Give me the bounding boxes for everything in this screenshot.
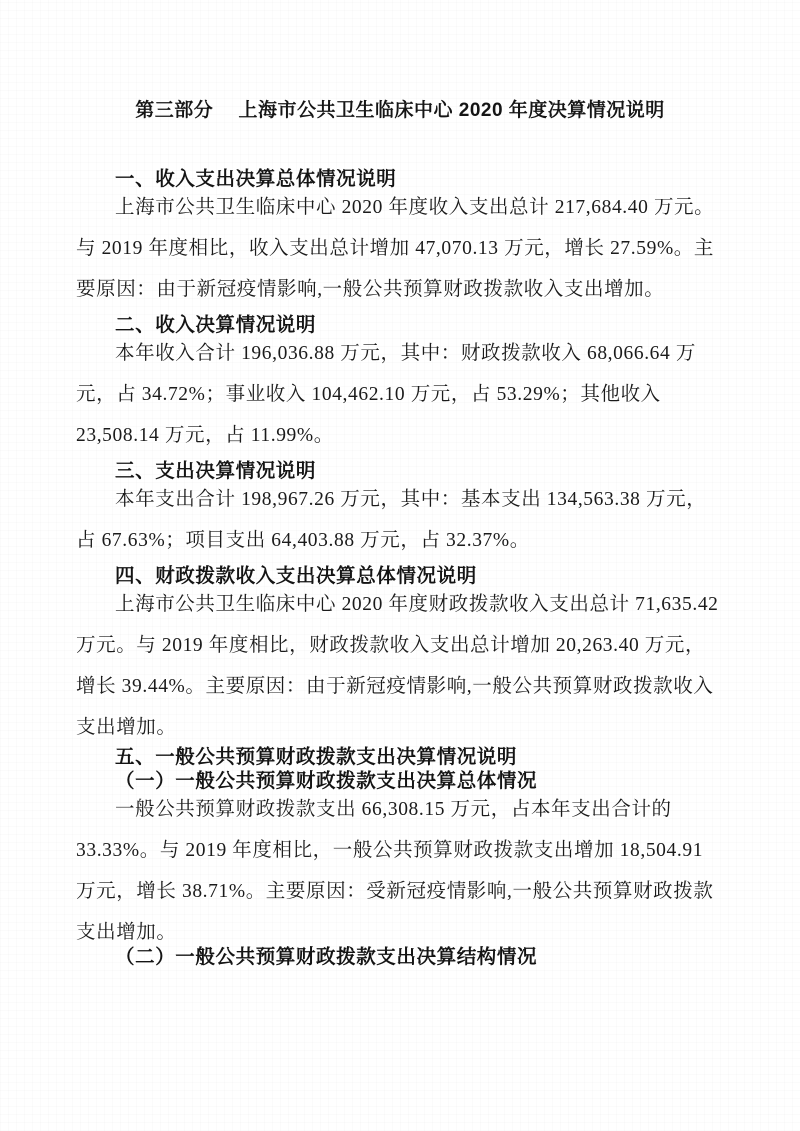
- paragraph-line: 上海市公共卫生临床中心 2020 年度收入支出总计 217,684.40 万元。: [76, 187, 724, 228]
- subsection-heading-5-2: （二）一般公共预算财政拨款支出决算结构情况: [76, 944, 724, 972]
- paragraph-line: 33.33%。与 2019 年度相比，一般公共预算财政拨款支出增加 18,504…: [76, 830, 724, 871]
- paragraph-line: 万元。与 2019 年度相比，财政拨款收入支出总计增加 20,263.40 万元…: [76, 625, 724, 666]
- document-page: 第三部分 上海市公共卫生临床中心 2020 年度决算情况说明 一、收入支出决算总…: [0, 0, 800, 1131]
- section-5-1-paragraph: 一般公共预算财政拨款支出 66,308.15 万元，占本年支出合计的 33.33…: [76, 789, 724, 953]
- paragraph-line: 万元，增长 38.71%。主要原因：受新冠疫情影响,一般公共预算财政拨款: [76, 871, 724, 912]
- document-title: 第三部分 上海市公共卫生临床中心 2020 年度决算情况说明: [76, 0, 724, 124]
- document-content: 第三部分 上海市公共卫生临床中心 2020 年度决算情况说明 一、收入支出决算总…: [0, 0, 800, 972]
- section-1-paragraph: 上海市公共卫生临床中心 2020 年度收入支出总计 217,684.40 万元。…: [76, 187, 724, 310]
- section-2-paragraph: 本年收入合计 196,036.88 万元，其中：财政拨款收入 68,066.64…: [76, 333, 724, 456]
- paragraph-line: 本年收入合计 196,036.88 万元，其中：财政拨款收入 68,066.64…: [76, 333, 724, 374]
- section-4-paragraph: 上海市公共卫生临床中心 2020 年度财政拨款收入支出总计 71,635.42 …: [76, 584, 724, 748]
- paragraph-line: 23,508.14 万元，占 11.99%。: [76, 415, 724, 456]
- paragraph-line: 一般公共预算财政拨款支出 66,308.15 万元，占本年支出合计的: [76, 789, 724, 830]
- paragraph-line: 本年支出合计 198,967.26 万元，其中：基本支出 134,563.38 …: [76, 479, 724, 520]
- paragraph-line: 要原因：由于新冠疫情影响,一般公共预算财政拨款收入支出增加。: [76, 269, 724, 310]
- paragraph-line: 支出增加。: [76, 707, 724, 748]
- section-3-paragraph: 本年支出合计 198,967.26 万元，其中：基本支出 134,563.38 …: [76, 479, 724, 561]
- paragraph-line: 元，占 34.72%；事业收入 104,462.10 万元，占 53.29%；其…: [76, 374, 724, 415]
- paragraph-line: 占 67.63%；项目支出 64,403.88 万元，占 32.37%。: [76, 520, 724, 561]
- paragraph-line: 增长 39.44%。主要原因：由于新冠疫情影响,一般公共预算财政拨款收入: [76, 666, 724, 707]
- paragraph-line: 上海市公共卫生临床中心 2020 年度财政拨款收入支出总计 71,635.42: [76, 584, 724, 625]
- paragraph-line: 与 2019 年度相比，收入支出总计增加 47,070.13 万元，增长 27.…: [76, 228, 724, 269]
